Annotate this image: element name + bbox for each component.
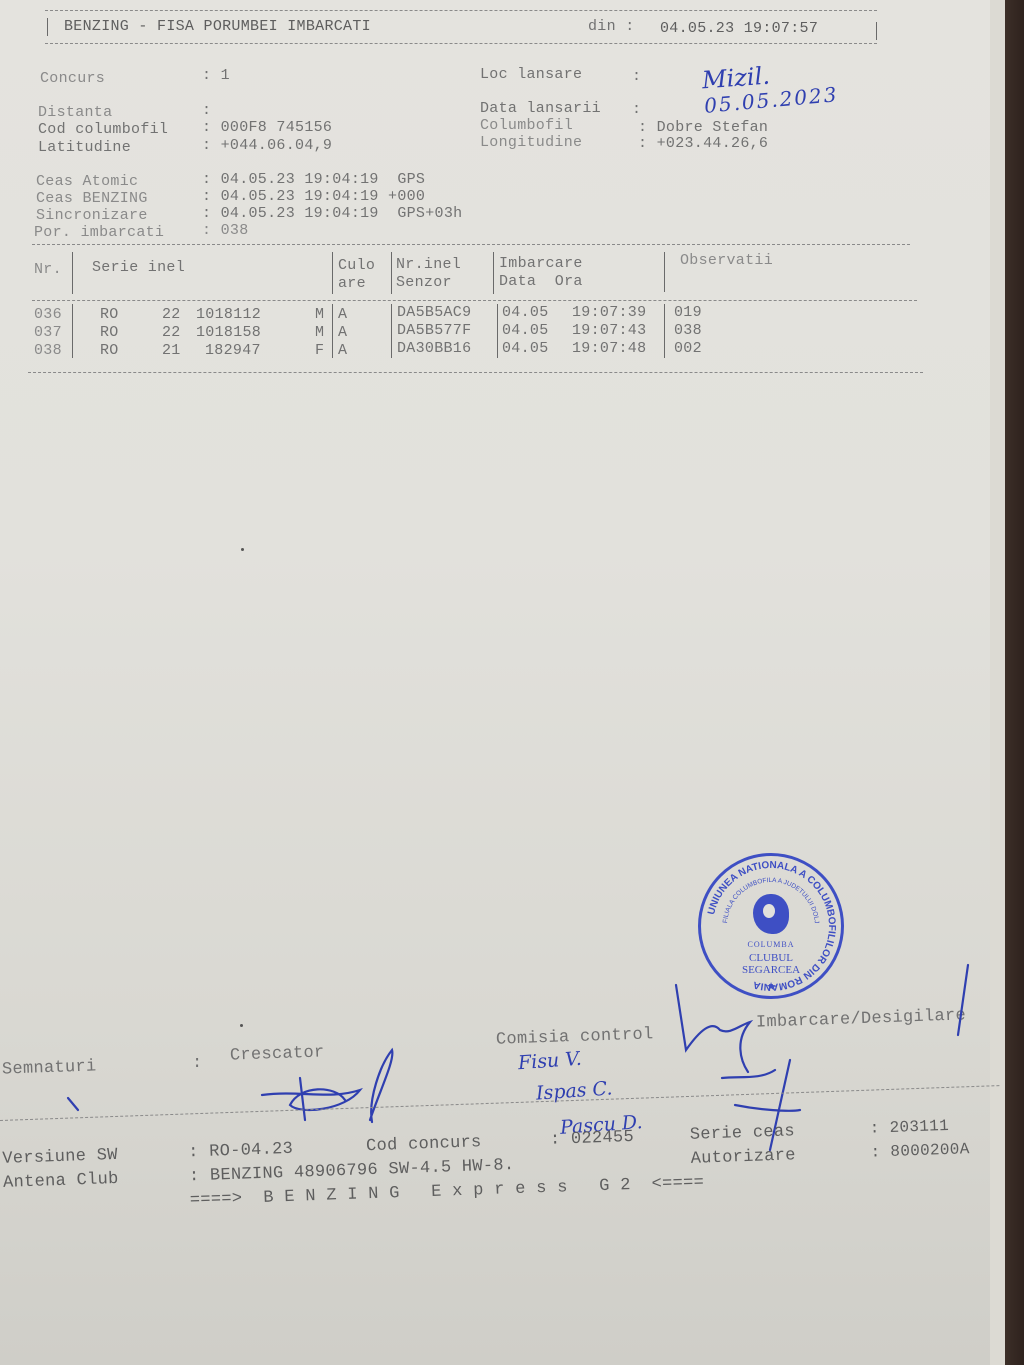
loc-lansare-value: : [632, 68, 641, 85]
handwritten-comisia-1: Fisu V. [517, 1048, 582, 1074]
col-divider [391, 340, 392, 358]
table-top-border [32, 244, 910, 245]
col-divider [664, 322, 665, 340]
col-divider [72, 252, 73, 294]
cell-inel: 1018158 [196, 324, 261, 341]
col-divider [493, 252, 494, 294]
concurs-value: : 1 [202, 67, 230, 84]
cell-sex: M [315, 306, 324, 323]
porumbei-imbarcati-label: Por. imbarcati [34, 224, 164, 241]
col-divider [72, 340, 73, 358]
cell-tara: RO [100, 324, 119, 341]
pigeon-logo-icon [753, 894, 789, 934]
sincronizare-label: Sincronizare [36, 207, 148, 224]
serie-ceas-label: Serie ceas [690, 1122, 796, 1145]
serie-ceas-value: : 203111 [869, 1117, 949, 1138]
stamp-logo-text: COLUMBA [701, 940, 841, 949]
crescator-signature [262, 1050, 392, 1122]
table-bottom-border [28, 372, 923, 373]
col-divider [497, 340, 498, 358]
din-value: 04.05.23 19:07:57 [660, 20, 818, 37]
col-divider [391, 322, 392, 340]
din-label: din : [588, 18, 635, 35]
col-header-culoare-2: are [338, 275, 366, 292]
col-header-senzor-2: Senzor [396, 274, 452, 291]
cell-culoare: A [338, 306, 347, 323]
cell-data: 04.05 [502, 322, 549, 339]
ceas-benzing-label: Ceas BENZING [36, 190, 148, 207]
col-header-imbarcare-2: Data Ora [499, 273, 583, 290]
data-lansarii-value: : [632, 101, 641, 118]
cell-culoare: A [338, 324, 347, 341]
cell-nr: 036 [34, 306, 62, 323]
sincronizare-value: : 04.05.23 19:04:19 GPS+03h [202, 205, 462, 222]
col-divider [497, 304, 498, 322]
cell-an: 21 [162, 342, 181, 359]
cell-ora: 19:07:39 [572, 304, 646, 321]
cell-inel: 1018112 [196, 306, 261, 323]
cell-observatii: 019 [674, 304, 702, 321]
cod-concurs-value: : 022455 [550, 1128, 635, 1150]
cell-observatii: 002 [674, 340, 702, 357]
concurs-label: Concurs [40, 70, 105, 87]
table-header-separator [32, 300, 917, 301]
ceas-atomic-value: : 04.05.23 19:04:19 GPS [202, 171, 425, 188]
cell-culoare: A [338, 342, 347, 359]
col-divider [497, 322, 498, 340]
header-left-bar [47, 18, 48, 36]
cell-tara: RO [100, 342, 119, 359]
longitudine-label: Longitudine [480, 134, 582, 151]
autorizare-label: Autorizare [690, 1146, 796, 1169]
autorizare-value: : 8000200A [870, 1140, 970, 1161]
col-divider [72, 304, 73, 322]
cell-sex: M [315, 324, 324, 341]
cell-an: 22 [162, 306, 181, 323]
col-header-nr: Nr. [34, 261, 62, 278]
imbarcare-signature [958, 965, 968, 1035]
stray-mark [68, 1098, 78, 1110]
loc-lansare-label: Loc lansare [480, 66, 582, 83]
cell-sex: F [315, 342, 324, 359]
columbofil-label: Columbofil [480, 117, 573, 134]
cell-inel: 182947 [205, 342, 261, 359]
porumbei-imbarcati-value: : 038 [202, 222, 249, 239]
ceas-atomic-label: Ceas Atomic [36, 173, 138, 190]
cod-columbofil-value: : 000F8 745156 [202, 119, 332, 136]
cell-tara: RO [100, 306, 119, 323]
col-divider [332, 252, 333, 294]
col-divider [332, 340, 333, 358]
cell-an: 22 [162, 324, 181, 341]
cell-senzor: DA30BB16 [397, 340, 471, 357]
col-header-senzor-1: Nr.inel [396, 256, 461, 273]
ceas-benzing-value: : 04.05.23 19:04:19 +000 [202, 188, 425, 205]
latitudine-value: : +044.06.04,9 [202, 137, 332, 154]
col-divider [391, 252, 392, 294]
distanta-label: Distanta [38, 104, 112, 121]
cell-nr: 038 [34, 342, 62, 359]
cell-nr: 037 [34, 324, 62, 341]
cod-concurs-label: Cod concurs [366, 1133, 482, 1156]
col-divider [332, 304, 333, 322]
print-dot [241, 548, 244, 551]
col-header-serie-inel: Serie inel [92, 259, 185, 276]
cell-senzor: DA5B5AC9 [397, 304, 471, 321]
antena-club-label: Antena Club [3, 1170, 119, 1193]
versiune-sw-label: Versiune SW [2, 1146, 118, 1169]
cell-data: 04.05 [502, 304, 549, 321]
form-title: BENZING - FISA PORUMBEI IMBARCATI [64, 18, 371, 35]
cell-senzor: DA5B577F [397, 322, 471, 339]
printed-form: BENZING - FISA PORUMBEI IMBARCATI din : … [0, 0, 990, 1365]
col-header-imbarcare-1: Imbarcare [499, 255, 583, 272]
columbofil-value: : Dobre Stefan [638, 119, 768, 136]
col-divider [332, 322, 333, 340]
col-divider [664, 304, 665, 322]
header-bottom-border [45, 43, 877, 44]
cell-ora: 19:07:43 [572, 322, 646, 339]
data-lansarii-label: Data lansarii [480, 100, 601, 117]
cell-observatii: 038 [674, 322, 702, 339]
versiune-sw-value: : RO-04.23 [188, 1140, 294, 1163]
col-divider [664, 340, 665, 358]
col-divider [72, 322, 73, 340]
cod-columbofil-label: Cod columbofil [38, 121, 168, 138]
col-header-observatii: Observatii [680, 252, 773, 269]
col-divider [664, 252, 665, 292]
header-right-bar [876, 22, 877, 40]
longitudine-value: : +023.44.26,6 [638, 135, 768, 152]
latitudine-label: Latitudine [38, 139, 131, 156]
distanta-value: : [202, 102, 211, 119]
header-top-border [45, 10, 877, 11]
cell-ora: 19:07:48 [572, 340, 646, 357]
cell-data: 04.05 [502, 340, 549, 357]
col-header-culoare-1: Culo [338, 257, 375, 274]
col-divider [391, 304, 392, 322]
